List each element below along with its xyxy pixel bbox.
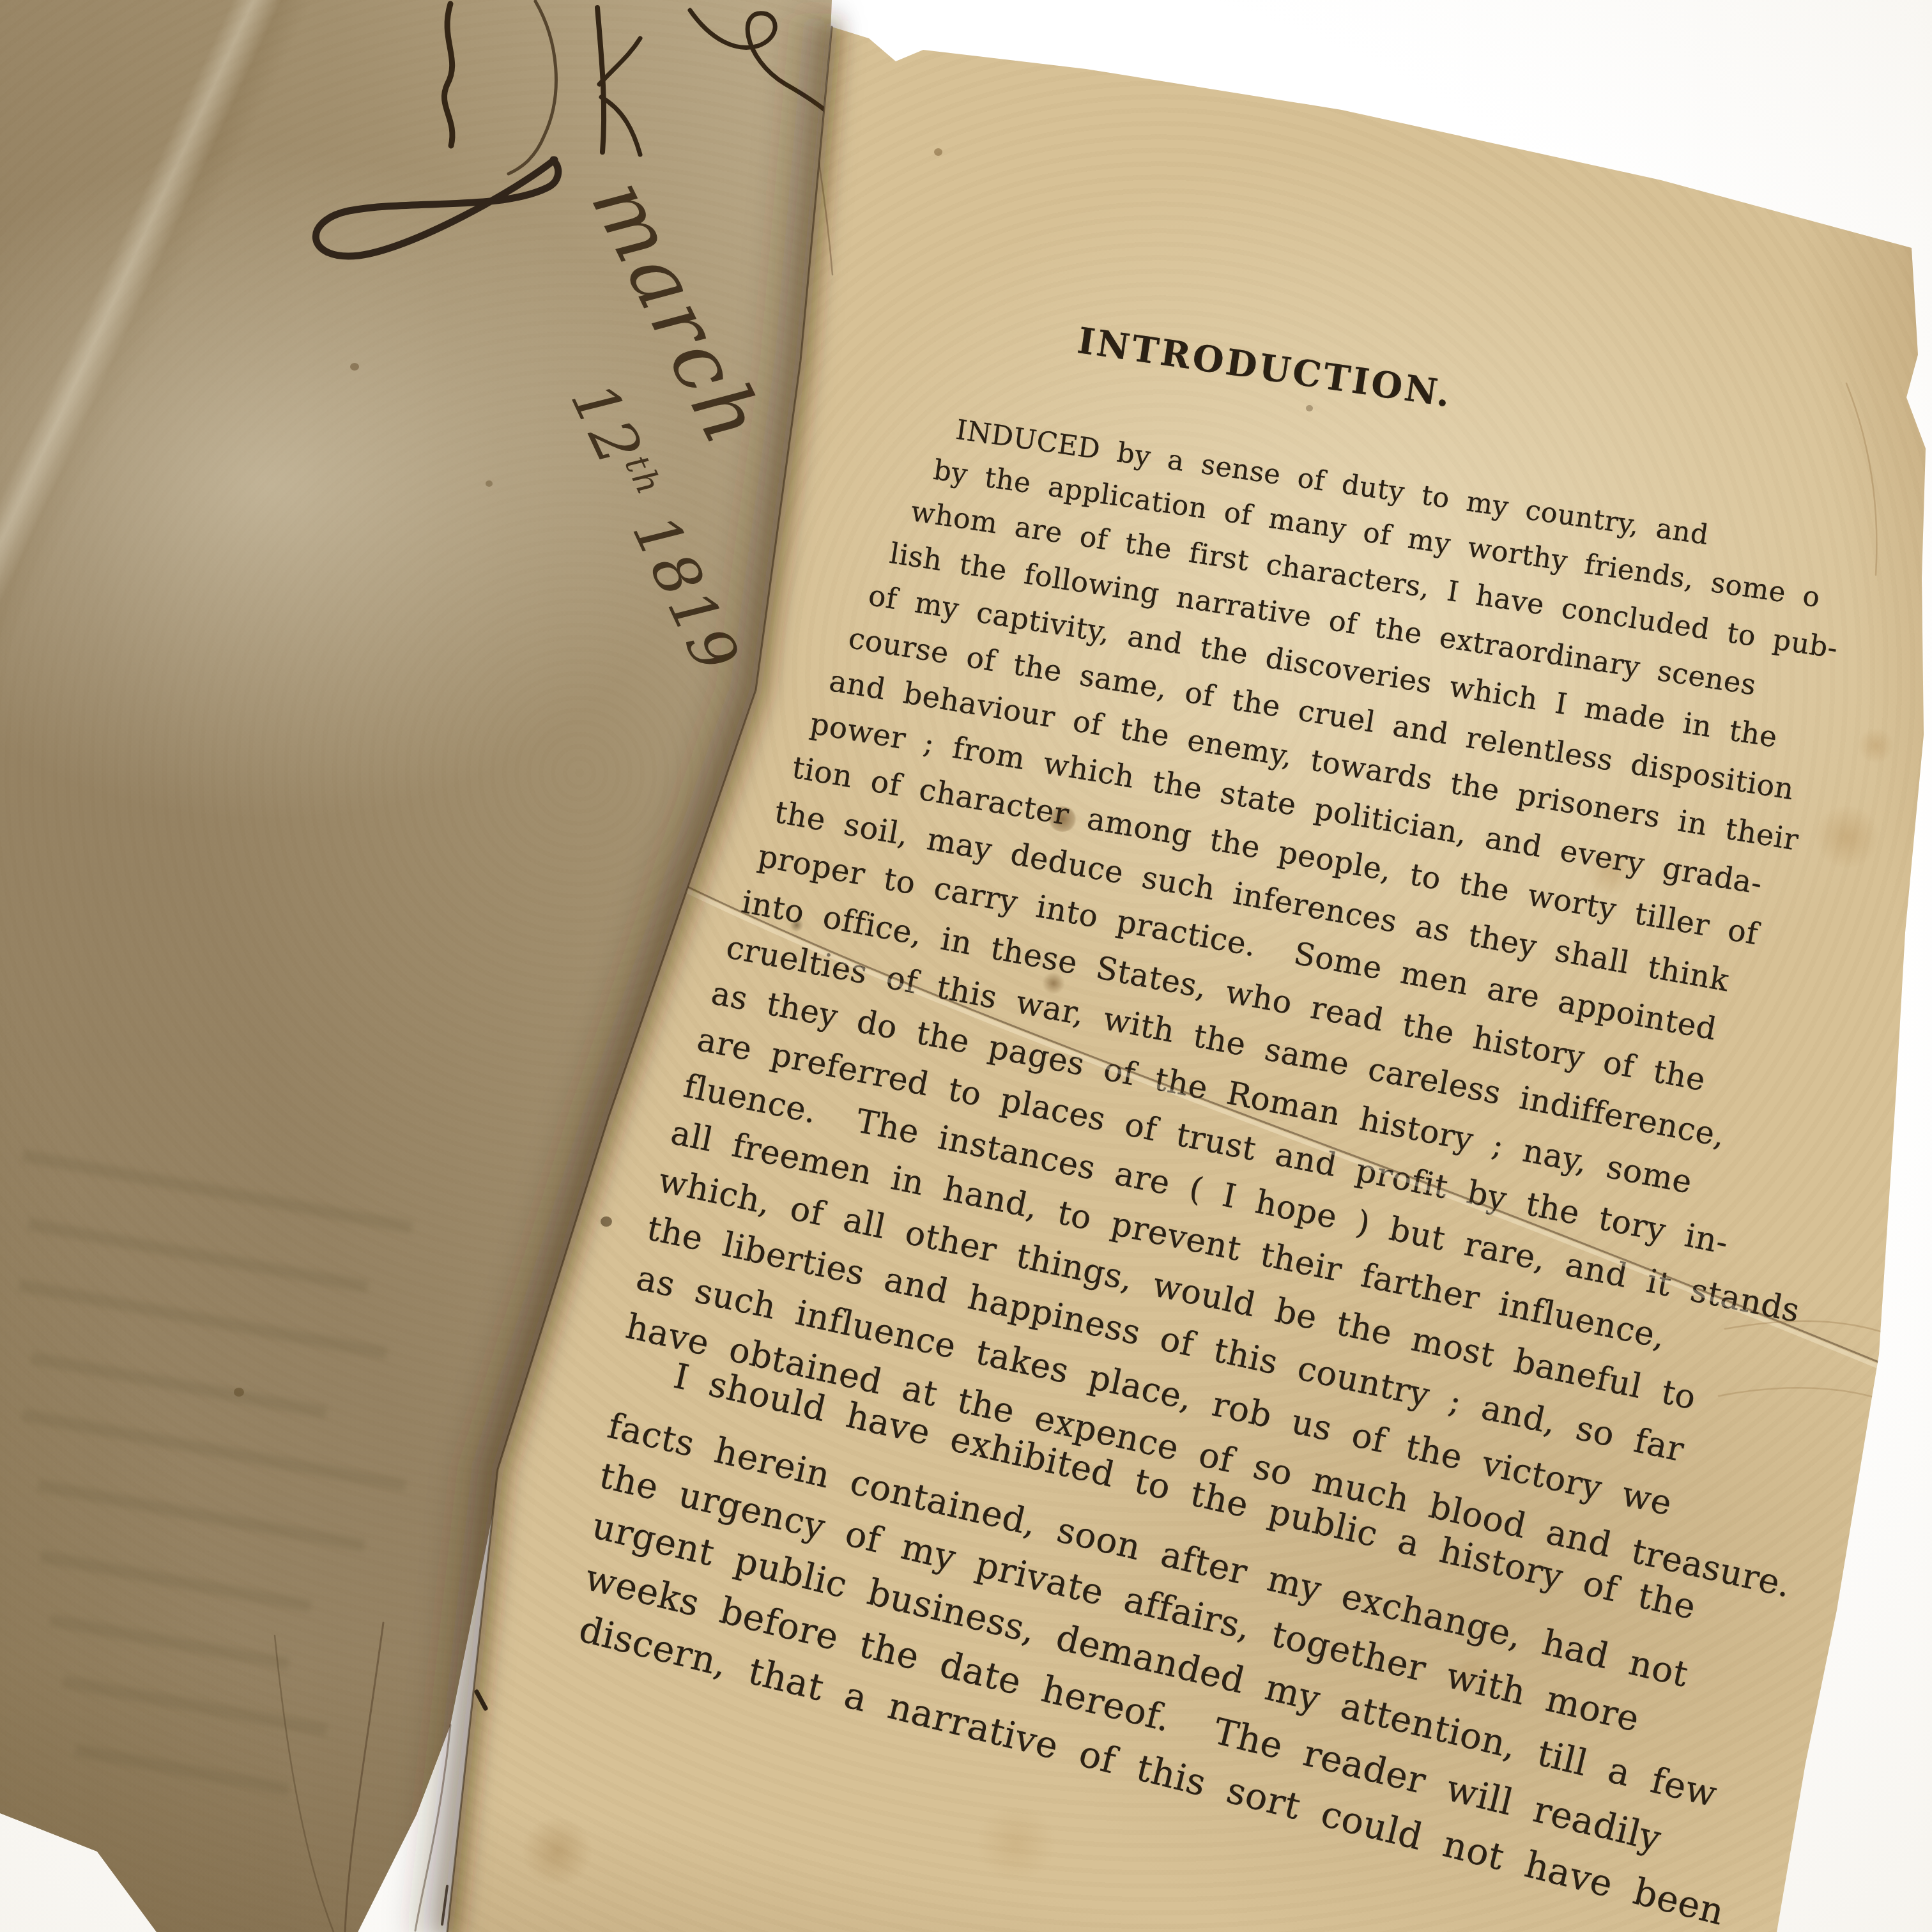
stain — [1857, 728, 1895, 763]
handwriting-year: 1819 — [618, 504, 754, 685]
ghost-text-line — [40, 1550, 312, 1613]
ghost-text-line — [62, 1675, 328, 1736]
stain — [234, 1388, 244, 1397]
stain — [971, 1808, 1061, 1878]
ghost-text-line — [37, 1479, 366, 1552]
stain — [934, 148, 942, 156]
ghost-text-line — [18, 1279, 388, 1360]
stain — [350, 363, 359, 371]
ghost-text-line — [21, 1149, 413, 1234]
stain — [519, 1818, 595, 1885]
ghost-text-line — [74, 1744, 290, 1796]
stain — [486, 480, 493, 487]
ghost-text-line — [21, 1409, 406, 1492]
stain — [1812, 806, 1882, 868]
page-title: INTRODUCTION. — [1075, 319, 1455, 416]
page-stitch — [442, 1886, 447, 1924]
ghost-text-line — [30, 1351, 328, 1418]
stain — [1306, 405, 1313, 411]
book-photo: march 12th 1819 INTRODUCTION. INDUCED by… — [0, 0, 1932, 1932]
ghost-text-line — [49, 1614, 289, 1671]
stain — [601, 1216, 612, 1227]
ghost-text-line — [27, 1218, 369, 1293]
